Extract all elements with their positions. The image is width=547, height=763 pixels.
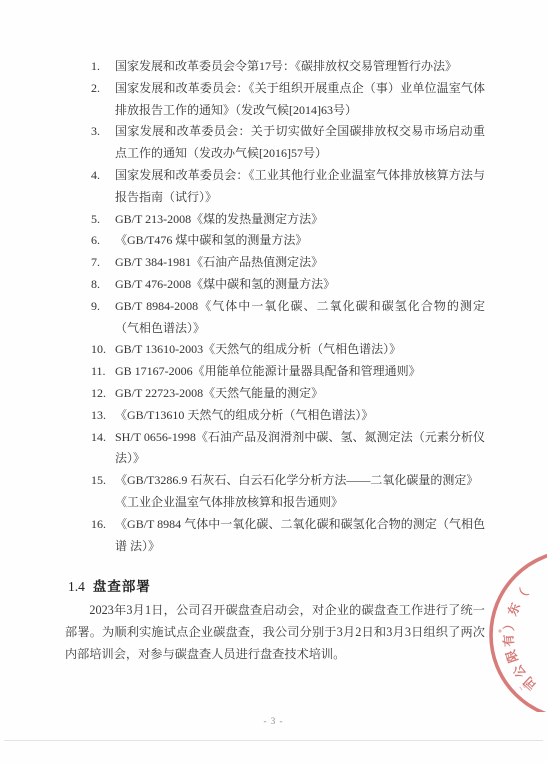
reference-item: 5.GB/T 213-2008《煤的发热量测定方法》 xyxy=(65,209,485,231)
reference-number: 12. xyxy=(91,383,106,405)
seal-fleck-icon xyxy=(498,629,501,632)
reference-text: GB/T 384-1981《石油产品热值测定法》 xyxy=(115,255,323,269)
references-list: 1.国家发展和改革委员会令第17号：《碳排放权交易管理暂行办法》2.国家发展和改… xyxy=(65,56,485,557)
seal-char: 有 xyxy=(500,633,516,647)
reference-number: 2. xyxy=(91,78,100,100)
document-page: 1.国家发展和改革委员会令第17号：《碳排放权交易管理暂行办法》2.国家发展和改… xyxy=(0,0,547,763)
reference-text: 国家发展和改革委员会：关于切实做好全国碳排放权交易市场启动重点工作的通知（发改办… xyxy=(115,124,485,160)
reference-item: 8.GB/T 476-2008《煤中碳和氢的测量方法》 xyxy=(65,274,485,296)
reference-number: 3. xyxy=(91,121,100,143)
reference-text: GB/T 13610-2003《天然气的组成分析（气相色谱法）》 xyxy=(115,342,401,356)
reference-number: 8. xyxy=(91,274,100,296)
reference-number: 14. xyxy=(91,427,106,449)
reference-item: 10.GB/T 13610-2003《天然气的组成分析（气相色谱法）》 xyxy=(65,339,485,361)
reference-item: 1.国家发展和改革委员会令第17号：《碳排放权交易管理暂行办法》 xyxy=(65,56,485,78)
reference-text: 《GB/T3286.9 石灰石、白云石化学分析方法——二氧化碳量的测定》 《工业… xyxy=(115,473,478,509)
reference-number: 5. xyxy=(91,209,100,231)
reference-text: GB/T 22723-2008《天然气能量的测定》 xyxy=(115,386,323,400)
reference-item: 12.GB/T 22723-2008《天然气能量的测定》 xyxy=(65,383,485,405)
reference-text: 《GB/T476 煤中碳和氢的测量方法》 xyxy=(115,233,307,247)
reference-number: 13. xyxy=(91,405,106,427)
reference-item: 13.《GB/T13610 天然气的组成分析（气相色谱法）》 xyxy=(65,405,485,427)
reference-text: GB/T 476-2008《煤中碳和氢的测量方法》 xyxy=(115,277,335,291)
reference-number: 9. xyxy=(91,296,100,318)
reference-item: 16.《GB/T 8984 气体中一氧化碳、二氧化碳和碳氢化合物的测定（气相色谱… xyxy=(65,514,485,558)
page-number: - 3 - xyxy=(0,716,547,726)
seal-char: 限 xyxy=(503,648,520,665)
reference-item: 15.《GB/T3286.9 石灰石、白云石化学分析方法——二氧化碳量的测定》 … xyxy=(65,470,485,514)
reference-item: 9.GB/T 8984-2008《气体中一氧化碳、二氧化碳和碳氢化合物的测定（气… xyxy=(65,296,485,340)
reference-text: GB/T 8984-2008《气体中一氧化碳、二氧化碳和碳氢化合物的测定（气相色… xyxy=(115,299,485,335)
seal-char: （ xyxy=(512,585,532,604)
reference-number: 6. xyxy=(91,230,100,252)
reference-number: 16. xyxy=(91,514,106,536)
footer-divider xyxy=(4,740,543,741)
reference-text: SH/T 0656-1998《石油产品及润滑剂中碳、氢、氮测定法（元素分析仪法）… xyxy=(115,430,485,466)
reference-number: 4. xyxy=(91,165,100,187)
reference-item: 14.SH/T 0656-1998《石油产品及润滑剂中碳、氢、氮测定法（元素分析… xyxy=(65,427,485,471)
company-seal-stamp: （ 东 ） 有 限 公 司 181 xyxy=(460,552,547,712)
body-paragraph: 2023年3月1日，公司召开碳盘查启动会，对企业的碳盘查工作进行了统一部署。为顺… xyxy=(65,600,485,665)
reference-text: 《GB/T13610 天然气的组成分析（气相色谱法）》 xyxy=(115,408,373,422)
reference-number: 11. xyxy=(91,361,106,383)
reference-text: 《GB/T 8984 气体中一氧化碳、二氧化碳和碳氢化合物的测定（气相色谱 法）… xyxy=(115,517,485,553)
reference-item: 3.国家发展和改革委员会：关于切实做好全国碳排放权交易市场启动重点工作的通知（发… xyxy=(65,121,485,165)
reference-number: 15. xyxy=(91,470,106,492)
reference-text: 国家发展和改革委员会令第17号：《碳排放权交易管理暂行办法》 xyxy=(115,59,457,73)
seal-char: ） xyxy=(501,617,518,632)
reference-number: 10. xyxy=(91,339,106,361)
reference-text: GB 17167-2006《用能单位能源计量器具配备和管理通则》 xyxy=(115,364,421,378)
reference-text: 国家发展和改革委员会：《关于组织开展重点企（事）业单位温室气体排放报告工作的通知… xyxy=(115,81,485,117)
section-heading: 1.4盘查部署 xyxy=(68,575,151,595)
reference-text: GB/T 213-2008《煤的发热量测定方法》 xyxy=(115,212,323,226)
reference-text: 国家发展和改革委员会：《工业其他行业企业温室气体排放核算方法与报告指南（试行）》 xyxy=(115,168,485,204)
reference-item: 7.GB/T 384-1981《石油产品热值测定法》 xyxy=(65,252,485,274)
reference-number: 7. xyxy=(91,252,100,274)
reference-number: 1. xyxy=(91,56,100,78)
section-number: 1.4 xyxy=(68,579,85,594)
reference-item: 11.GB 17167-2006《用能单位能源计量器具配备和管理通则》 xyxy=(65,361,485,383)
reference-item: 4.国家发展和改革委员会：《工业其他行业企业温室气体排放核算方法与报告指南（试行… xyxy=(65,165,485,209)
seal-char: 公 xyxy=(510,662,529,681)
reference-item: 6.《GB/T476 煤中碳和氢的测量方法》 xyxy=(65,230,485,252)
reference-item: 2.国家发展和改革委员会：《关于组织开展重点企（事）业单位温室气体排放报告工作的… xyxy=(65,78,485,122)
section-title: 盘查部署 xyxy=(93,579,151,594)
